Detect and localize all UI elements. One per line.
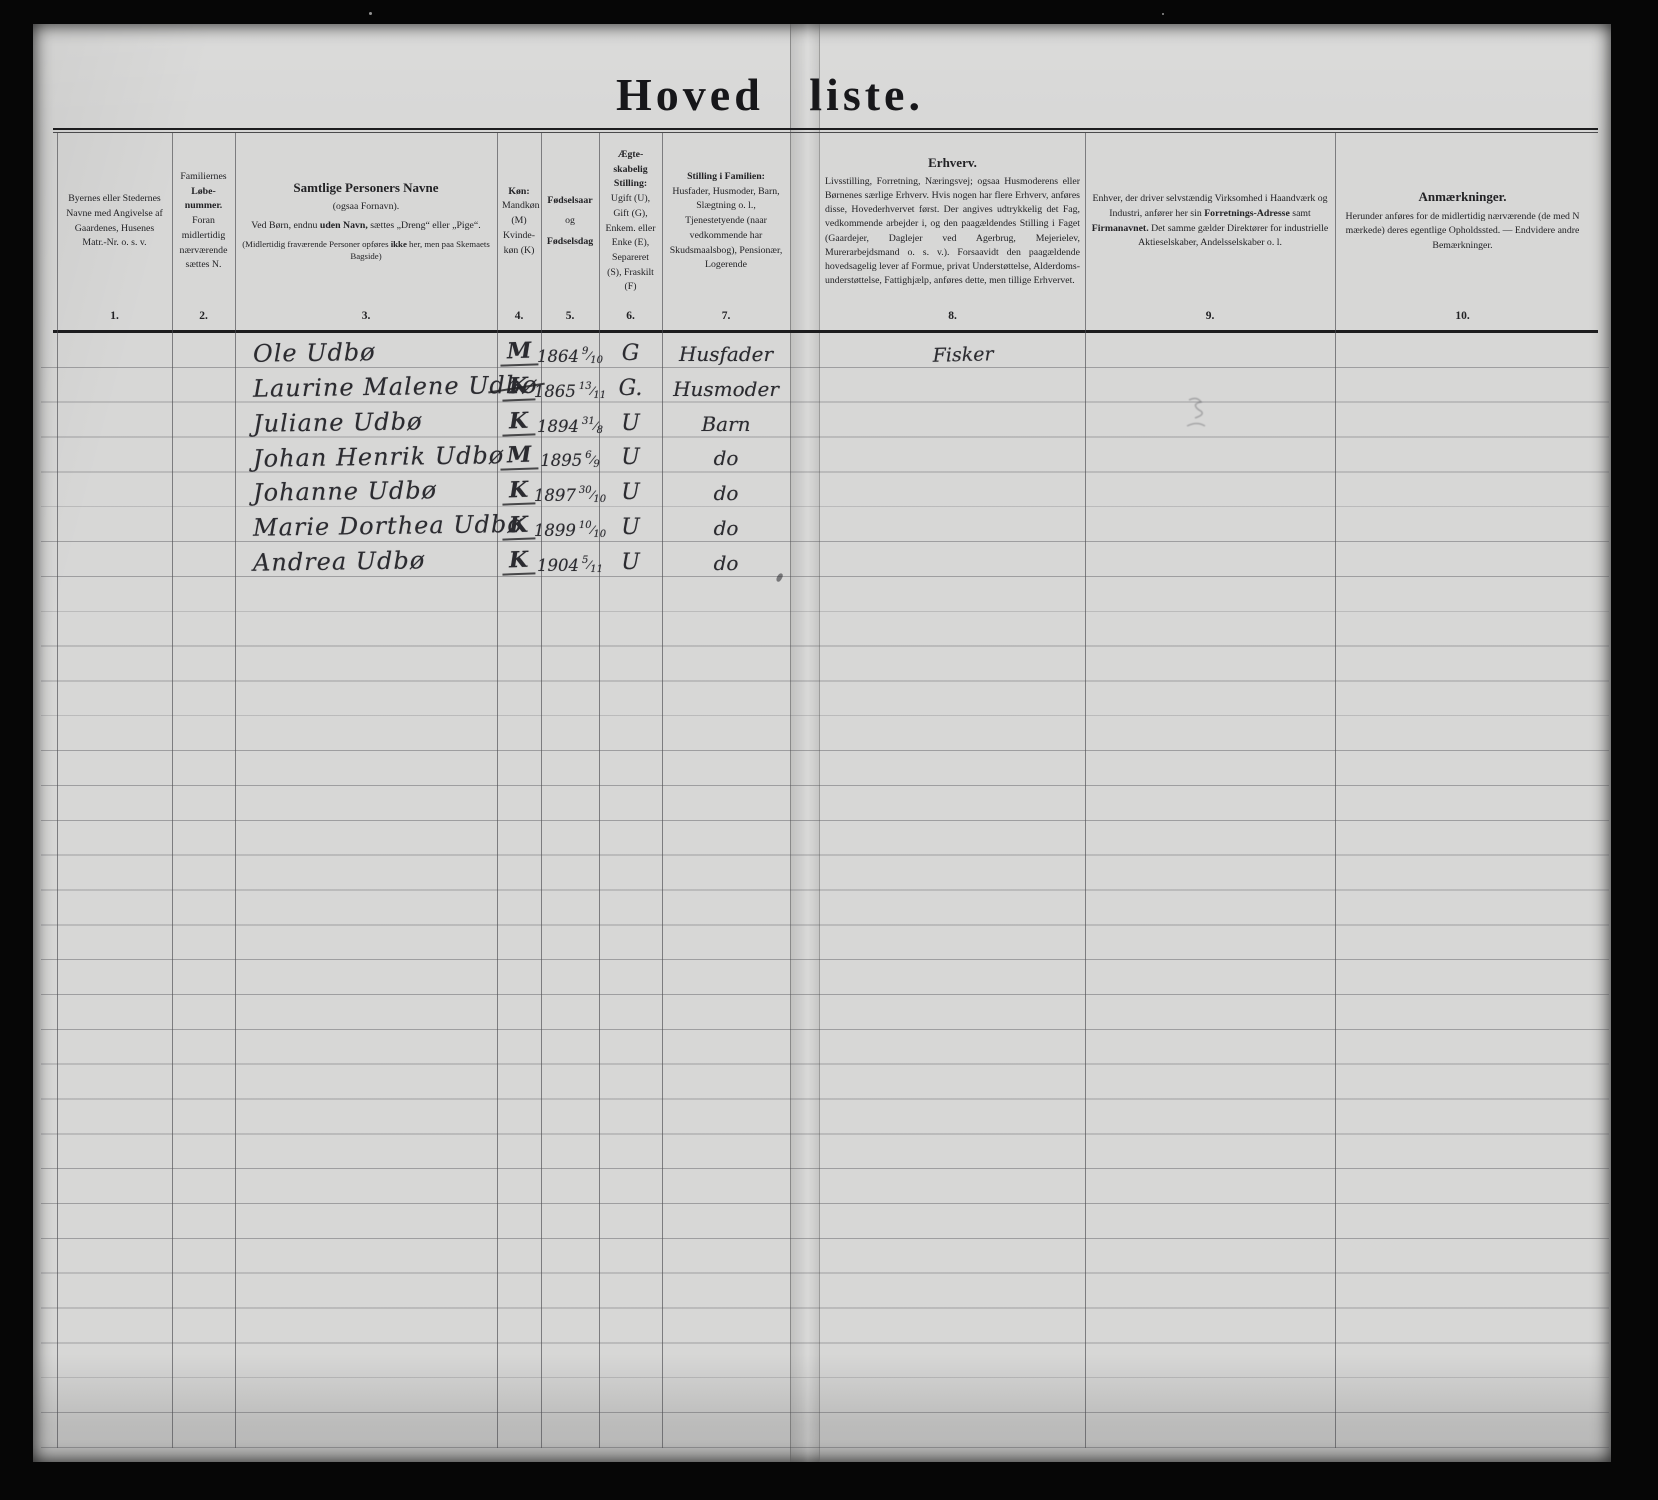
marital-status-cell: U xyxy=(599,403,662,436)
birth-date-cell: 18649⁄10 xyxy=(539,333,601,366)
sex-cell: M xyxy=(497,438,541,471)
header-text-7: Stilling i Familien: Husfader, Husmoder,… xyxy=(662,133,790,310)
header-cell-4: Køn: Mandkøn (M) Kvinde- køn (K)4. xyxy=(497,133,541,330)
birth-date-cell: 189431⁄8 xyxy=(539,403,601,436)
header-cell-9: Enhver, der driver selvstændig Virksomhe… xyxy=(1085,133,1335,330)
header-cell-2: Familiernes Løbe-nummer. Foran midlertid… xyxy=(172,133,235,330)
family-position-cell: Husmoder xyxy=(662,368,790,401)
birth-date-cell: 189910⁄10 xyxy=(539,507,601,540)
paper-sheet: Hoved liste. Byernes eller Stedernes Nav… xyxy=(33,24,1611,1462)
column-number-9: 9. xyxy=(1085,310,1335,330)
header-cell-1: Byernes eller Stedernes Navne med Angive… xyxy=(57,133,172,330)
column-number-1: 1. xyxy=(57,310,172,330)
header-cell-10: Anmærkninger.Herunder anføres for de mid… xyxy=(1335,133,1590,330)
family-position-cell: Barn xyxy=(662,403,790,436)
column-number-6: 6. xyxy=(599,310,662,330)
header-text-9: Enhver, der driver selvstændig Virksomhe… xyxy=(1085,133,1335,310)
family-position-cell: do xyxy=(662,438,790,471)
marital-status-cell: U xyxy=(599,507,662,540)
marital-status-cell: U xyxy=(599,438,662,471)
marital-status-cell: U xyxy=(599,542,662,575)
birth-date-cell: 189730⁄10 xyxy=(539,472,601,505)
name-cell: Ole Udbø xyxy=(239,331,513,368)
marital-status-cell: U xyxy=(599,472,662,505)
dust-speck xyxy=(1162,13,1164,15)
name-cell: Andrea Udbø xyxy=(239,540,513,577)
sex-cell: M xyxy=(497,333,541,366)
page-title: Hoved liste. xyxy=(470,68,1070,121)
column-number-4: 4. xyxy=(497,310,541,330)
name-cell: Juliane Udbø xyxy=(239,401,513,438)
column-number-5: 5. xyxy=(541,310,599,330)
column-number-7: 7. xyxy=(662,310,790,330)
header-text-10: Anmærkninger.Herunder anføres for de mid… xyxy=(1335,133,1590,310)
header-text-2: Familiernes Løbe-nummer. Foran midlertid… xyxy=(172,133,235,310)
occupation-cell: Fisker xyxy=(863,330,1064,368)
name-cell: Marie Dorthea Udbø xyxy=(239,505,513,542)
column-number-2: 2. xyxy=(172,310,235,330)
pencil-scribble xyxy=(1183,392,1223,442)
header-cell-6: Ægte- skabelig Stilling: Ugift (U), Gift… xyxy=(599,133,662,330)
birth-date-cell: 18956⁄9 xyxy=(539,438,601,471)
family-position-cell: Husfader xyxy=(662,333,790,366)
header-text-6: Ægte- skabelig Stilling: Ugift (U), Gift… xyxy=(599,133,662,310)
column-number-8: 8. xyxy=(820,310,1085,330)
header-text-3: Samtlige Personers Navne(ogsaa Fornavn).… xyxy=(235,133,497,310)
title-rule xyxy=(53,128,1598,130)
family-position-cell: do xyxy=(662,542,790,575)
sex-cell: K xyxy=(497,542,541,575)
header-text-8: Erhverv.Livsstilling, Forretning, Næring… xyxy=(820,133,1085,310)
marital-status-cell: G. xyxy=(599,368,662,401)
column-number-3: 3. xyxy=(235,310,497,330)
header-cell-5: Fødselsaar og Fødselsdag5. xyxy=(541,133,599,330)
family-position-cell: do xyxy=(662,472,790,505)
sex-cell: K xyxy=(497,403,541,436)
header-text-5: Fødselsaar og Fødselsdag xyxy=(541,133,599,310)
birth-date-cell: 186513⁄11 xyxy=(539,368,601,401)
name-cell: Johan Henrik Udbø xyxy=(239,436,513,473)
birth-date-cell: 19045⁄11 xyxy=(539,542,601,575)
marital-status-cell: G xyxy=(599,333,662,366)
name-cell: Laurine Malene Udbø xyxy=(239,366,513,403)
header-text-1: Byernes eller Stedernes Navne med Angive… xyxy=(57,133,172,310)
header-text-4: Køn: Mandkøn (M) Kvinde- køn (K) xyxy=(497,133,541,310)
dust-speck xyxy=(369,12,372,15)
scanned-census-page: { "page": { "title": "Hoved liste.", "do… xyxy=(0,0,1658,1500)
header-cell-7: Stilling i Familien: Husfader, Husmoder,… xyxy=(662,133,790,330)
name-cell: Johanne Udbø xyxy=(239,470,513,507)
header-cell-8: Erhverv.Livsstilling, Forretning, Næring… xyxy=(820,133,1085,330)
header-cell-3: Samtlige Personers Navne(ogsaa Fornavn).… xyxy=(235,133,497,330)
column-number-10: 10. xyxy=(1335,310,1590,330)
family-position-cell: do xyxy=(662,507,790,540)
